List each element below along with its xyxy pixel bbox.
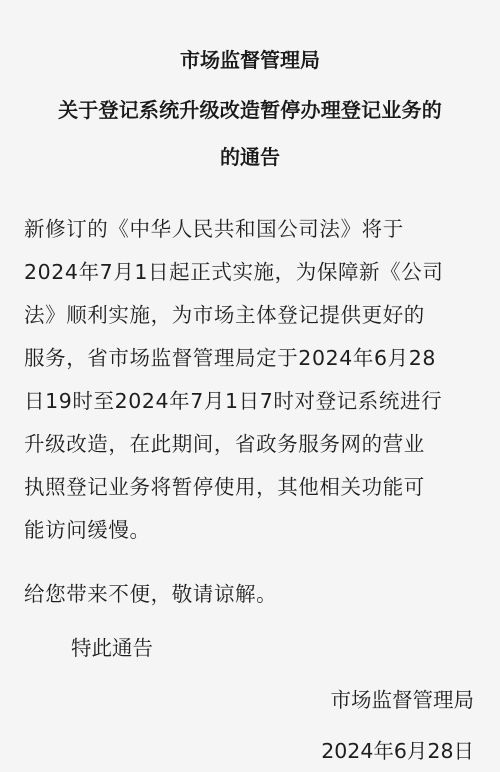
notice-title-line-2: 的通告 — [0, 143, 500, 171]
body-line: 新修订的《中华人民共和国公司法》将于 — [24, 208, 476, 251]
body-line: 执照登记业务将暂停使用，其他相关功能可 — [24, 466, 476, 509]
body-line: 升级改造，在此期间，省政务服务网的营业 — [24, 423, 476, 466]
signature-organization: 市场监督管理局 — [331, 686, 475, 714]
apology-text: 给您带来不便，敬请谅解。 — [24, 580, 277, 608]
notice-title-line-1: 关于登记系统升级改造暂停办理登记业务的 — [0, 96, 500, 124]
signature-date: 2024年6月28日 — [321, 737, 474, 765]
notice-body: 新修订的《中华人民共和国公司法》将于 2024年7月1日起正式实施，为保障新《公… — [24, 208, 476, 552]
issuer-heading: 市场监督管理局 — [0, 46, 500, 74]
closing-text: 特此通告 — [71, 634, 153, 662]
body-line: 服务，省市场监督管理局定于2024年6月28 — [24, 337, 476, 380]
body-line: 2024年7月1日起正式实施，为保障新《公司 — [24, 251, 476, 294]
body-line: 法》顺利实施，为市场主体登记提供更好的 — [24, 294, 476, 337]
body-line: 日19时至2024年7月1日7时对登记系统进行 — [24, 380, 476, 423]
body-line: 能访问缓慢。 — [24, 509, 476, 552]
